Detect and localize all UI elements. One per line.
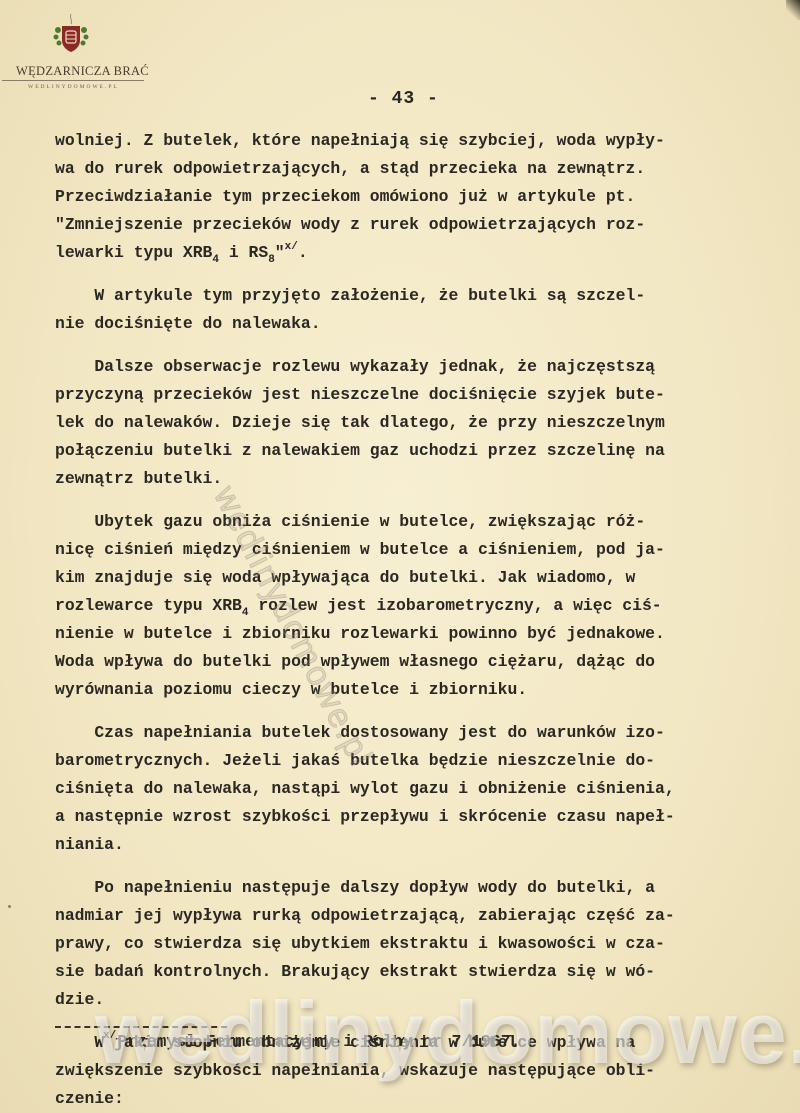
subscript: 8 [268,254,275,266]
footnote-divider [55,1026,227,1028]
document-body: wolniej. Z butelek, które napełniają się… [55,127,755,1113]
text-line: dzie. [55,986,755,1014]
text-line: niania. [55,831,755,859]
scan-artifact [8,905,11,908]
text-line: wa do rurek odpowietrzających, a stąd pr… [55,155,755,183]
document-page: WĘDZARNICZA BRAĆ WEDLINYDOMOWE.PL - 43 -… [0,0,800,1113]
text-line: Dalsze obserwacje rozlewu wykazały jedna… [55,353,755,381]
text-fragment: " [275,243,285,262]
text-line: Woda wpływa do butelki pod wpływem własn… [55,648,755,676]
text-line: W artykule tym przyjęto założenie, że bu… [55,282,755,310]
text-fragment: lewarki typu XRB [55,243,212,262]
text-line: sie badań kontrolnych. Brakujący ekstrak… [55,958,755,986]
text-line: Po napełnieniu następuje dalszy dopływ w… [55,874,755,902]
text-line: ciśnięta do nalewaka, nastąpi wylot gazu… [55,775,755,803]
footnote-reference[interactable]: x/ [285,241,298,253]
text-line: barometrycznych. Jeżeli jakaś butelka bę… [55,747,755,775]
barrel-crest-icon [52,14,90,54]
text-line: zwiększenie szybkości napełniania, wskaz… [55,1057,755,1085]
text-line: nadmiar jej wypływa rurką odpowietrzając… [55,902,755,930]
text-line: lewarki typu XRB4 i RS8"x/. [55,239,755,267]
text-line: nie dociśnięte do nalewaka. [55,310,755,338]
scan-edge-shadow [786,0,800,20]
paragraph: Po napełnieniu następuje dalszy dopływ w… [55,874,755,1014]
footnote: x/Przemysł Fermentacyjny i Rolny nr 7/19… [103,1032,520,1051]
text-fragment: . [298,243,308,262]
text-line: czenie: [55,1085,755,1113]
logo-subtitle: WEDLINYDOMOWE.PL [28,84,119,90]
subscript: 4 [212,254,219,266]
text-line: nicę ciśnień między ciśnieniem w butelce… [55,536,755,564]
text-fragment: rozlew jest izobarometryczny, a więc ciś… [249,596,662,615]
logo-title: WĘDZARNICZA BRAĆ [16,64,146,79]
text-line: kim znajduje się woda wpływająca do bute… [55,564,755,592]
text-fragment: rozlewarce typu XRB [55,596,242,615]
subscript: 4 [242,607,249,619]
text-line: przyczyną przecieków jest nieszczelne do… [55,381,755,409]
paragraph: Ubytek gazu obniża ciśnienie w butelce, … [55,508,755,704]
footnote-mark: x/ [103,1030,116,1042]
text-line: Czas napełniania butelek dostosowany jes… [55,719,755,747]
text-fragment: i RS [219,243,268,262]
text-line: wolniej. Z butelek, które napełniają się… [55,127,755,155]
paragraph: wolniej. Z butelek, które napełniają się… [55,127,755,267]
text-line: lek do nalewaków. Dzieje się tak dlatego… [55,409,755,437]
text-line: "Zmniejszenie przecieków wody z rurek od… [55,211,755,239]
paragraph: Dalsze obserwacje rozlewu wykazały jedna… [55,353,755,493]
paragraph: W artykule tym przyjęto założenie, że bu… [55,282,755,338]
site-logo[interactable]: WĘDZARNICZA BRAĆ WEDLINYDOMOWE.PL [0,0,150,95]
footnote-text: Przemysł Fermentacyjny i Rolny nr 7/1967… [117,1032,520,1051]
text-line: prawy, co stwierdza się ubytkiem ekstrak… [55,930,755,958]
text-line: nienie w butelce i zbiorniku rozlewarki … [55,620,755,648]
page-number: - 43 - [368,89,439,109]
text-line: Przeciwdziałanie tym przeciekom omówiono… [55,183,755,211]
text-line: Ubytek gazu obniża ciśnienie w butelce, … [55,508,755,536]
text-line: rozlewarce typu XRB4 rozlew jest izobaro… [55,592,755,620]
text-line: połączeniu butelki z nalewakiem gaz ucho… [55,437,755,465]
logo-divider [2,80,144,81]
text-line: wyrównania poziomu cieczy w butelce i zb… [55,676,755,704]
paragraph: Czas napełniania butelek dostosowany jes… [55,719,755,859]
text-line: a następnie wzrost szybkości przepływu i… [55,803,755,831]
text-line: zewnątrz butelki. [55,465,755,493]
